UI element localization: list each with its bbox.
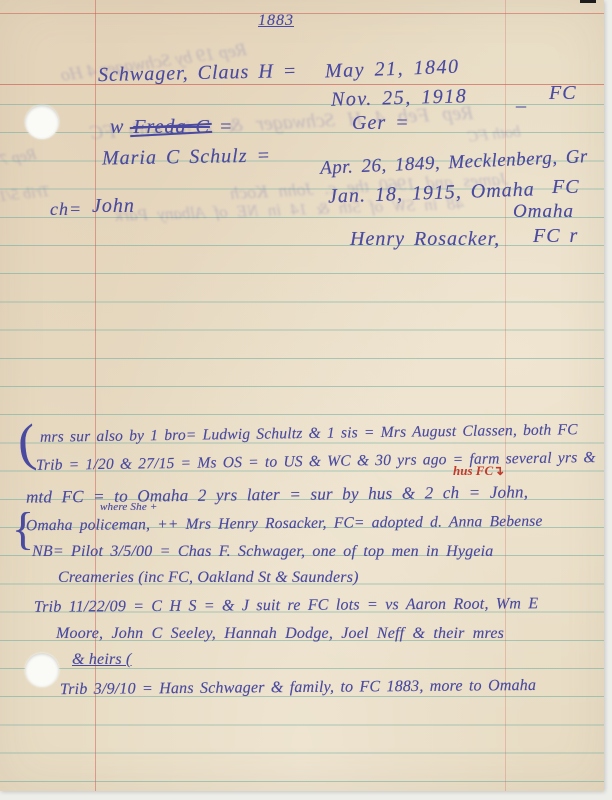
red-margin-right — [505, 0, 506, 791]
red-rule-top — [0, 13, 604, 14]
child-spouse-tag: FC r — [533, 225, 578, 248]
red-ink-annotation: hus FC↴ — [453, 463, 504, 479]
entry-origin: Ger = — [352, 112, 410, 135]
note-inserted-above: where She + — [100, 501, 157, 513]
entry-death-dash: _ — [516, 88, 527, 111]
note-line-pilot-schwager: NB= Pilot 3/5/00 = Chas F. Schwager, one… — [32, 543, 493, 561]
red-note-text: hus FC — [453, 463, 493, 478]
spouse-name: Maria C Schulz = — [102, 145, 271, 171]
red-rule-header — [0, 84, 604, 85]
note-line-creameries: Creameries (inc FC, Oakland St & Saunder… — [58, 569, 359, 587]
notebook-paper: Rep 19 by Schwager 4 Ho Rep Feb 4 H Schw… — [0, 0, 604, 791]
child-spouse-name: Henry Rosacker, — [350, 228, 500, 251]
year-heading: 1883 — [258, 12, 294, 30]
scanned-document: Rep 19 by Schwager 4 Ho Rep Feb 4 H Schw… — [0, 0, 612, 800]
scan-edge-artifact — [580, 0, 596, 3]
entry-crossed-out-spouse: w Freda C = — [110, 116, 233, 139]
note-line-heirs: & heirs ( — [72, 651, 132, 669]
hole-punch-bottom — [25, 653, 59, 687]
hole-punch-top — [25, 105, 59, 139]
entry-death-cemetery-tag: FC — [549, 82, 577, 105]
child-name: John — [92, 195, 135, 218]
note-line-defendants: Moore, John C Seeley, Hannah Dodge, Joel… — [56, 625, 504, 643]
entry-surname-given-name: Schwager, Claus H = — [98, 60, 298, 87]
note-line-tribune-lawsuit: Trib 11/22/09 = C H S = & J suit re FC l… — [34, 595, 538, 617]
entry-birth-date: May 21, 1840 — [325, 56, 460, 84]
wife-abbrev: w — [110, 116, 124, 138]
spouse-death-cemetery-tag: FC — [552, 176, 580, 199]
struck-name: Freda C — [133, 116, 209, 139]
red-margin-left — [95, 0, 96, 791]
children-label: ch= — [50, 199, 82, 220]
red-arrow-mark: ↴ — [493, 463, 504, 478]
child-place: Omaha — [513, 201, 574, 223]
equals-mark: = — [219, 116, 234, 138]
entry-death-date: Nov. 25, 1918 — [331, 85, 468, 112]
